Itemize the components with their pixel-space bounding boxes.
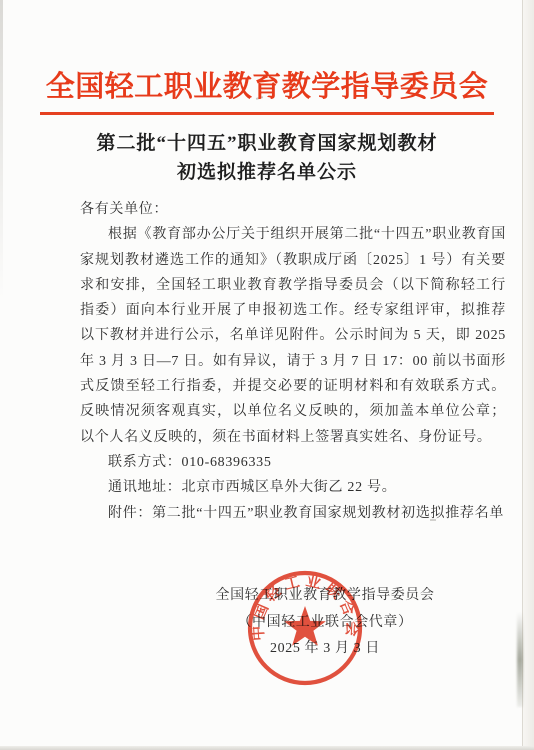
- signature-date: 2025 年 3 月 3 日: [270, 636, 380, 663]
- letterhead: 全国轻工职业教育教学指导委员会: [0, 64, 534, 115]
- document-title: 第二批“十四五”职业教育国家规划教材 初选拟推荐名单公示: [0, 129, 534, 187]
- document-body: 各有关单位： 根据《教育部办公厅关于组织开展第二批“十四五”职业教育国家规划教材…: [80, 197, 506, 526]
- attachment-line: 附件：第二批“十四五”职业教育国家规划教材初选拟推荐名单: [80, 501, 506, 526]
- scanned-document-page: 全国轻工职业教育教学指导委员会 第二批“十四五”职业教育国家规划教材 初选拟推荐…: [0, 0, 534, 750]
- body-paragraph: 根据《教育部办公厅关于组织开展第二批“十四五”职业教育国家规划教材遴选工作的通知…: [80, 222, 506, 450]
- signature-organization: 全国轻工职业教育教学指导委员会: [216, 583, 435, 610]
- salutation: 各有关单位：: [80, 197, 506, 222]
- scan-edge-bottom: [0, 746, 534, 750]
- address-line: 通讯地址：北京市西城区阜外大街乙 22 号。: [80, 475, 506, 500]
- contact-line: 联系方式：010-68396335: [80, 450, 506, 475]
- scan-smudge-right: [517, 612, 523, 707]
- document-title-line2: 初选拟推荐名单公示: [0, 158, 534, 187]
- letterhead-organization: 全国轻工职业教育教学指导委员会: [40, 64, 495, 115]
- signature-seal-note: （中国轻工业联合会代章）: [237, 610, 412, 637]
- signature-block: 全国轻工职业教育教学指导委员会 （中国轻工业联合会代章） 2025 年 3 月 …: [203, 583, 447, 663]
- document-title-line1: 第二批“十四五”职业教育国家规划教材: [0, 129, 534, 158]
